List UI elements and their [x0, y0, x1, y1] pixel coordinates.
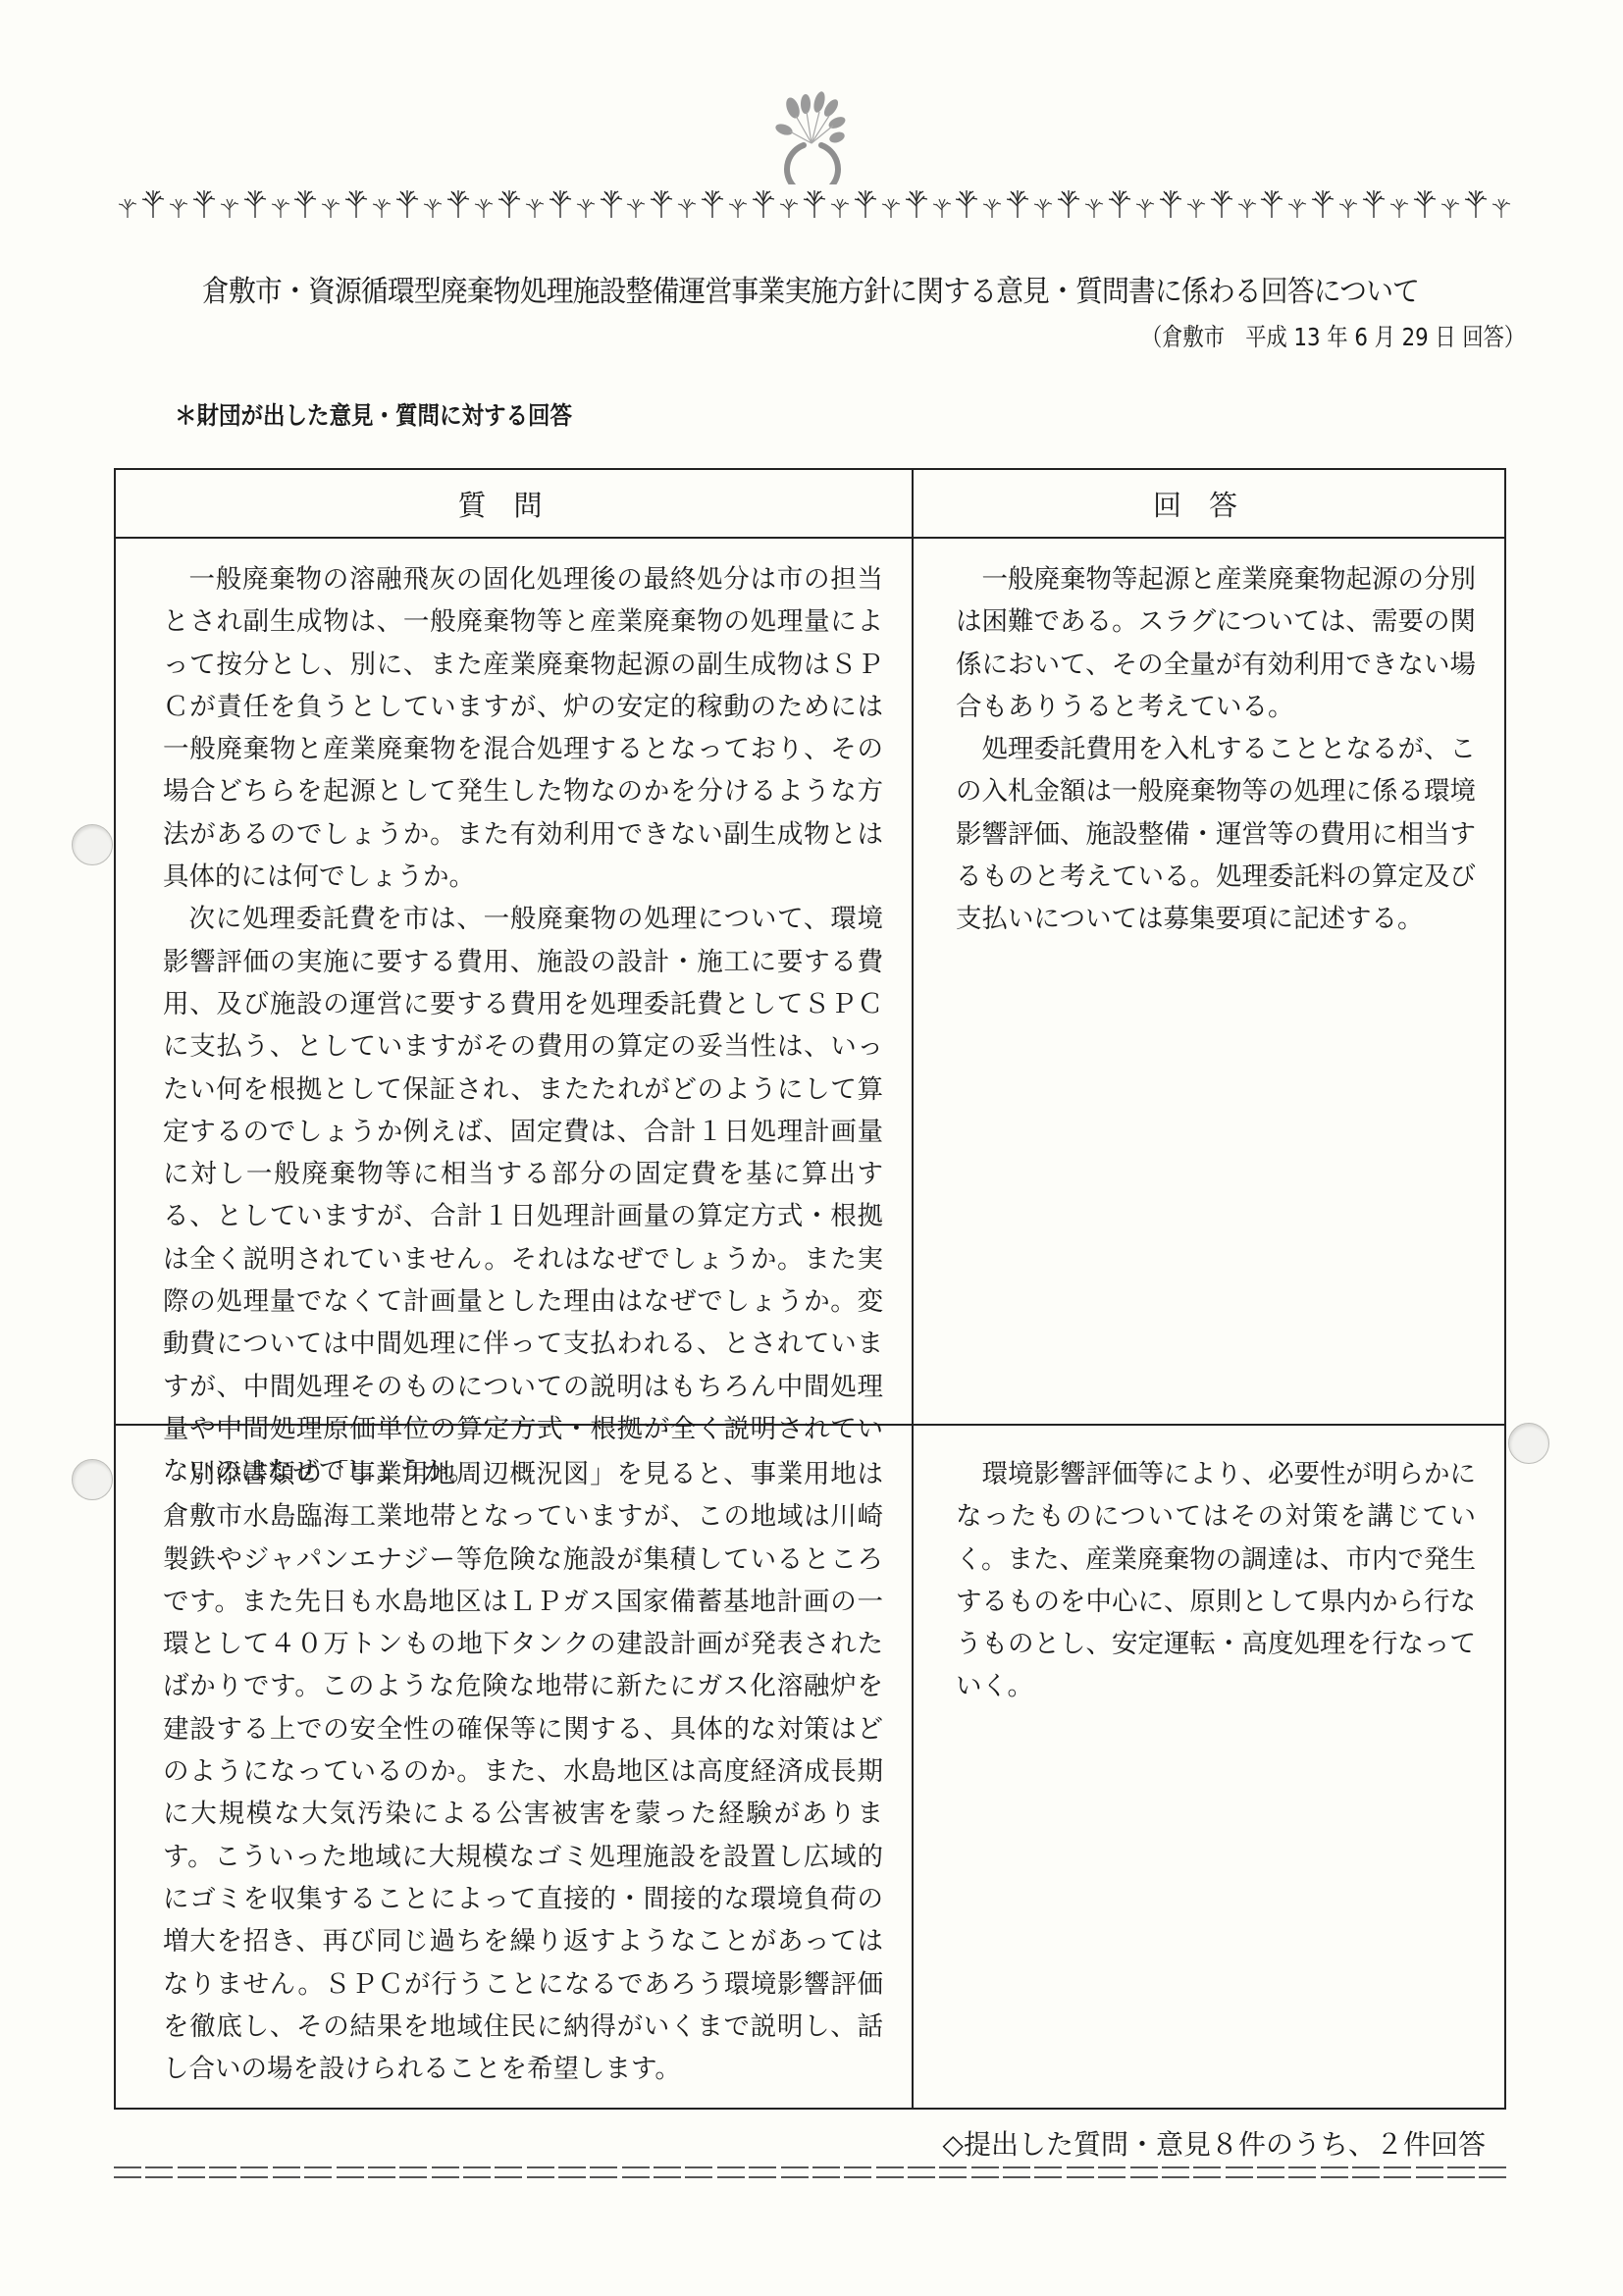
tree-ring-logo-icon: [760, 67, 868, 184]
dash-segment: [337, 2166, 364, 2178]
tree-icon: [220, 196, 239, 218]
tree-icon: [677, 196, 697, 218]
tree-icon: [1310, 188, 1335, 218]
tree-icon: [1056, 188, 1081, 218]
tree-icon: [751, 188, 776, 218]
dash-segment: [178, 2166, 205, 2178]
tree-icon: [140, 188, 166, 218]
tree-icon: [1492, 196, 1511, 218]
tree-icon: [830, 196, 850, 218]
tree-icon: [242, 188, 268, 218]
dash-segment: [1130, 2166, 1158, 2178]
dash-segment: [1257, 2166, 1284, 2178]
dash-segment: [432, 2166, 459, 2178]
tree-icon: [954, 188, 979, 218]
dash-segment: [114, 2166, 141, 2178]
tree-icon: [191, 188, 217, 218]
tree-icon: [394, 188, 420, 218]
tree-icon: [1158, 188, 1183, 218]
header-question: 質問: [116, 470, 912, 537]
tree-icon: [802, 188, 827, 218]
tree-icon: [599, 188, 624, 218]
dash-segment: [145, 2166, 173, 2178]
tree-icon: [1186, 196, 1206, 218]
tree-icon: [169, 196, 188, 218]
tree-row-border: [118, 183, 1511, 218]
dash-segment: [1447, 2166, 1475, 2178]
tree-icon: [1135, 196, 1155, 218]
dash-segment: [971, 2166, 999, 2178]
question-1-paragraph-2: 次に処理委託費を市は、一般廃棄物の処理について、環境影響評価の実施に要する費用、…: [163, 898, 883, 1492]
dash-segment: [463, 2166, 491, 2178]
dash-segment: [1352, 2166, 1380, 2178]
dash-segment: [368, 2166, 395, 2178]
tree-icon: [423, 196, 443, 218]
tree-icon: [779, 196, 799, 218]
dash-segment: [399, 2166, 427, 2178]
tree-icon: [1005, 188, 1030, 218]
tree-icon: [904, 188, 929, 218]
dash-segment: [654, 2166, 681, 2178]
tree-icon: [881, 196, 901, 218]
tree-icon: [292, 188, 318, 218]
dash-segment: [527, 2166, 554, 2178]
question-cell-2: 別添書類の「事業用地周辺概況図」を見ると、事業用地は倉敷市水島臨海工業地帯となっ…: [163, 1453, 883, 2090]
page-title: 倉敷市・資源循環型廃棄物処理施設整備運営事業実施方針に関する意見・質問書に係わる…: [163, 267, 1459, 310]
tree-icon: [372, 196, 392, 218]
dash-segment: [273, 2166, 300, 2178]
dash-segment: [749, 2166, 776, 2178]
question-cell-1: 一般廃棄物の溶融飛灰の固化処理後の最終処分は市の担当とされ副生成物は、一般廃棄物…: [163, 558, 883, 1493]
tree-icon: [728, 196, 748, 218]
dash-segment: [1416, 2166, 1443, 2178]
dash-segment: [304, 2166, 332, 2178]
tree-icon: [1412, 188, 1438, 218]
tree-icon: [1107, 188, 1132, 218]
tree-icon: [548, 188, 573, 218]
dash-segment: [590, 2166, 617, 2178]
dash-segment: [1193, 2166, 1221, 2178]
header-answer: 回答: [914, 470, 1504, 537]
punch-hole-left-upper: [72, 824, 113, 865]
dash-segment: [1321, 2166, 1348, 2178]
dash-segment: [495, 2166, 522, 2178]
answer-1-paragraph-2: 処理委託費用を入札することとなるが、この入札金額は一般廃棄物等の処理に係る環境影…: [956, 728, 1476, 940]
dash-segment: [781, 2166, 809, 2178]
qa-table: 質問 回答 一般廃棄物の溶融飛灰の固化処理後の最終処分は市の担当とされ副生成物は…: [114, 468, 1506, 2110]
tree-icon: [445, 188, 471, 218]
tree-icon: [649, 188, 674, 218]
tree-icon: [700, 188, 725, 218]
dash-segment: [1226, 2166, 1253, 2178]
answer-1-paragraph-1: 一般廃棄物等起源と産業廃棄物起源の分別は困難である。スラグについては、需要の関係…: [956, 558, 1476, 728]
answer-2-paragraph-1: 環境影響評価等により、必要性が明らかになったものについてはその対策を講じていく。…: [956, 1453, 1476, 1708]
dash-segment: [685, 2166, 712, 2178]
tree-icon: [1287, 196, 1307, 218]
tree-icon: [525, 196, 545, 218]
punch-hole-left-lower: [72, 1459, 113, 1500]
tree-icon: [932, 196, 952, 218]
table-header-row: 質問 回答: [116, 470, 1504, 539]
dash-segment: [939, 2166, 967, 2178]
question-2-paragraph-1: 別添書類の「事業用地周辺概況図」を見ると、事業用地は倉敷市水島臨海工業地帯となっ…: [163, 1453, 883, 2090]
tree-icon: [626, 196, 646, 218]
tree-icon: [1209, 188, 1234, 218]
punch-hole-right: [1508, 1423, 1549, 1464]
tree-icon: [1338, 196, 1358, 218]
tree-icon: [497, 188, 522, 218]
tree-icon: [1463, 188, 1489, 218]
tree-icon: [271, 196, 290, 218]
tree-icon: [1389, 196, 1409, 218]
dash-segment: [876, 2166, 904, 2178]
dash-segment: [1162, 2166, 1189, 2178]
tree-icon: [474, 196, 494, 218]
tree-icon: [1237, 196, 1257, 218]
tree-icon: [1361, 188, 1387, 218]
tree-icon: [321, 196, 340, 218]
footer-note: ◇提出した質問・意見８件のうち、２件回答: [942, 2123, 1486, 2163]
tree-icon: [118, 196, 137, 218]
tree-icon: [1084, 196, 1104, 218]
dash-segment: [844, 2166, 871, 2178]
tree-icon: [1440, 196, 1460, 218]
column-divider: [912, 470, 914, 2108]
tree-icon: [982, 196, 1002, 218]
question-1-paragraph-1: 一般廃棄物の溶融飛灰の固化処理後の最終処分は市の担当とされ副生成物は、一般廃棄物…: [163, 558, 883, 898]
tree-icon: [343, 188, 369, 218]
answer-cell-1: 一般廃棄物等起源と産業廃棄物起源の分別は困難である。スラグについては、需要の関係…: [956, 558, 1476, 941]
dash-segment: [1034, 2166, 1062, 2178]
tree-icon: [1259, 188, 1284, 218]
dash-segment: [1003, 2166, 1030, 2178]
dash-segment: [812, 2166, 840, 2178]
dash-segment: [908, 2166, 935, 2178]
dash-segment: [209, 2166, 236, 2178]
dash-segment: [1067, 2166, 1094, 2178]
section-heading: ＊財団が出した意見・質問に対する回答: [175, 396, 572, 432]
response-date: （倉敷市 平成 13 年 6 月 29 日 回答）: [1141, 318, 1525, 353]
dash-segment: [1288, 2166, 1316, 2178]
dash-segment: [717, 2166, 745, 2178]
dash-segment: [558, 2166, 586, 2178]
dash-segment: [240, 2166, 268, 2178]
dash-segment: [1479, 2166, 1506, 2178]
tree-icon: [1033, 196, 1053, 218]
tree-icon: [853, 188, 878, 218]
dash-segment: [622, 2166, 650, 2178]
answer-cell-2: 環境影響評価等により、必要性が明らかになったものについてはその対策を講じていく。…: [956, 1453, 1476, 1708]
dash-segment: [1384, 2166, 1411, 2178]
dash-segment: [1098, 2166, 1126, 2178]
tree-icon: [576, 196, 596, 218]
double-dash-rule: [114, 2166, 1507, 2178]
